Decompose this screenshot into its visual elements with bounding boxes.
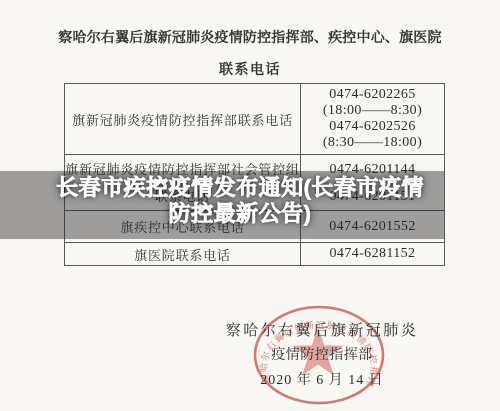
document-title-line2: 联系电话 (0, 59, 500, 79)
document-title-line1: 察哈尔右翼后旗新冠肺炎疫情防控指挥部、疾控中心、旗医院 (0, 27, 500, 47)
phone-number: 0474-6281152 (330, 246, 416, 262)
phone-number: 0474-6202265 (329, 87, 415, 103)
signature-org-line1: 察哈尔右翼后旗新冠肺炎 (222, 322, 422, 340)
phone-hours: (18:00——8:30) (323, 103, 422, 119)
table-row-label: 旗医院联系电话 (65, 242, 301, 265)
row-label-text: 旗新冠肺炎疫情防控指挥部联系电话 (72, 110, 293, 129)
signature-org-line2: 疫情防控指挥部 (222, 347, 422, 365)
phone-number: 0474-6202526 (329, 119, 415, 135)
article-title-line2: 防控最新公告) (169, 201, 312, 227)
table-row-value: 0474-6202265 (18:00——8:30) 0474-6202526 … (301, 84, 444, 154)
article-title-line1: 长春市疾控疫情发布通知(长春市疫情 (56, 175, 424, 201)
table-row-label: 旗新冠肺炎疫情防控指挥部联系电话 (65, 84, 301, 154)
signature-date: 2020 年 6 月 14 日 (222, 372, 422, 390)
row-label-text: 旗医院联系电话 (134, 245, 231, 264)
phone-hours: (8:30——18:00) (323, 135, 422, 151)
scanned-notice-page: 察哈尔右翼后旗新冠肺炎疫情防控指挥部、疾控中心、旗医院 联系电话 旗新冠肺炎疫情… (0, 0, 500, 411)
table-row-value: 0474-6281152 (301, 242, 444, 265)
signature-block: 察哈尔右翼后旗新冠肺炎 疫情防控指挥部 2020 年 6 月 14 日 (222, 322, 422, 390)
document-header: 察哈尔右翼后旗新冠肺炎疫情防控指挥部、疾控中心、旗医院 联系电话 (0, 27, 500, 79)
article-title-overlay: 长春市疾控疫情发布通知(长春市疫情 防控最新公告) (0, 171, 444, 239)
